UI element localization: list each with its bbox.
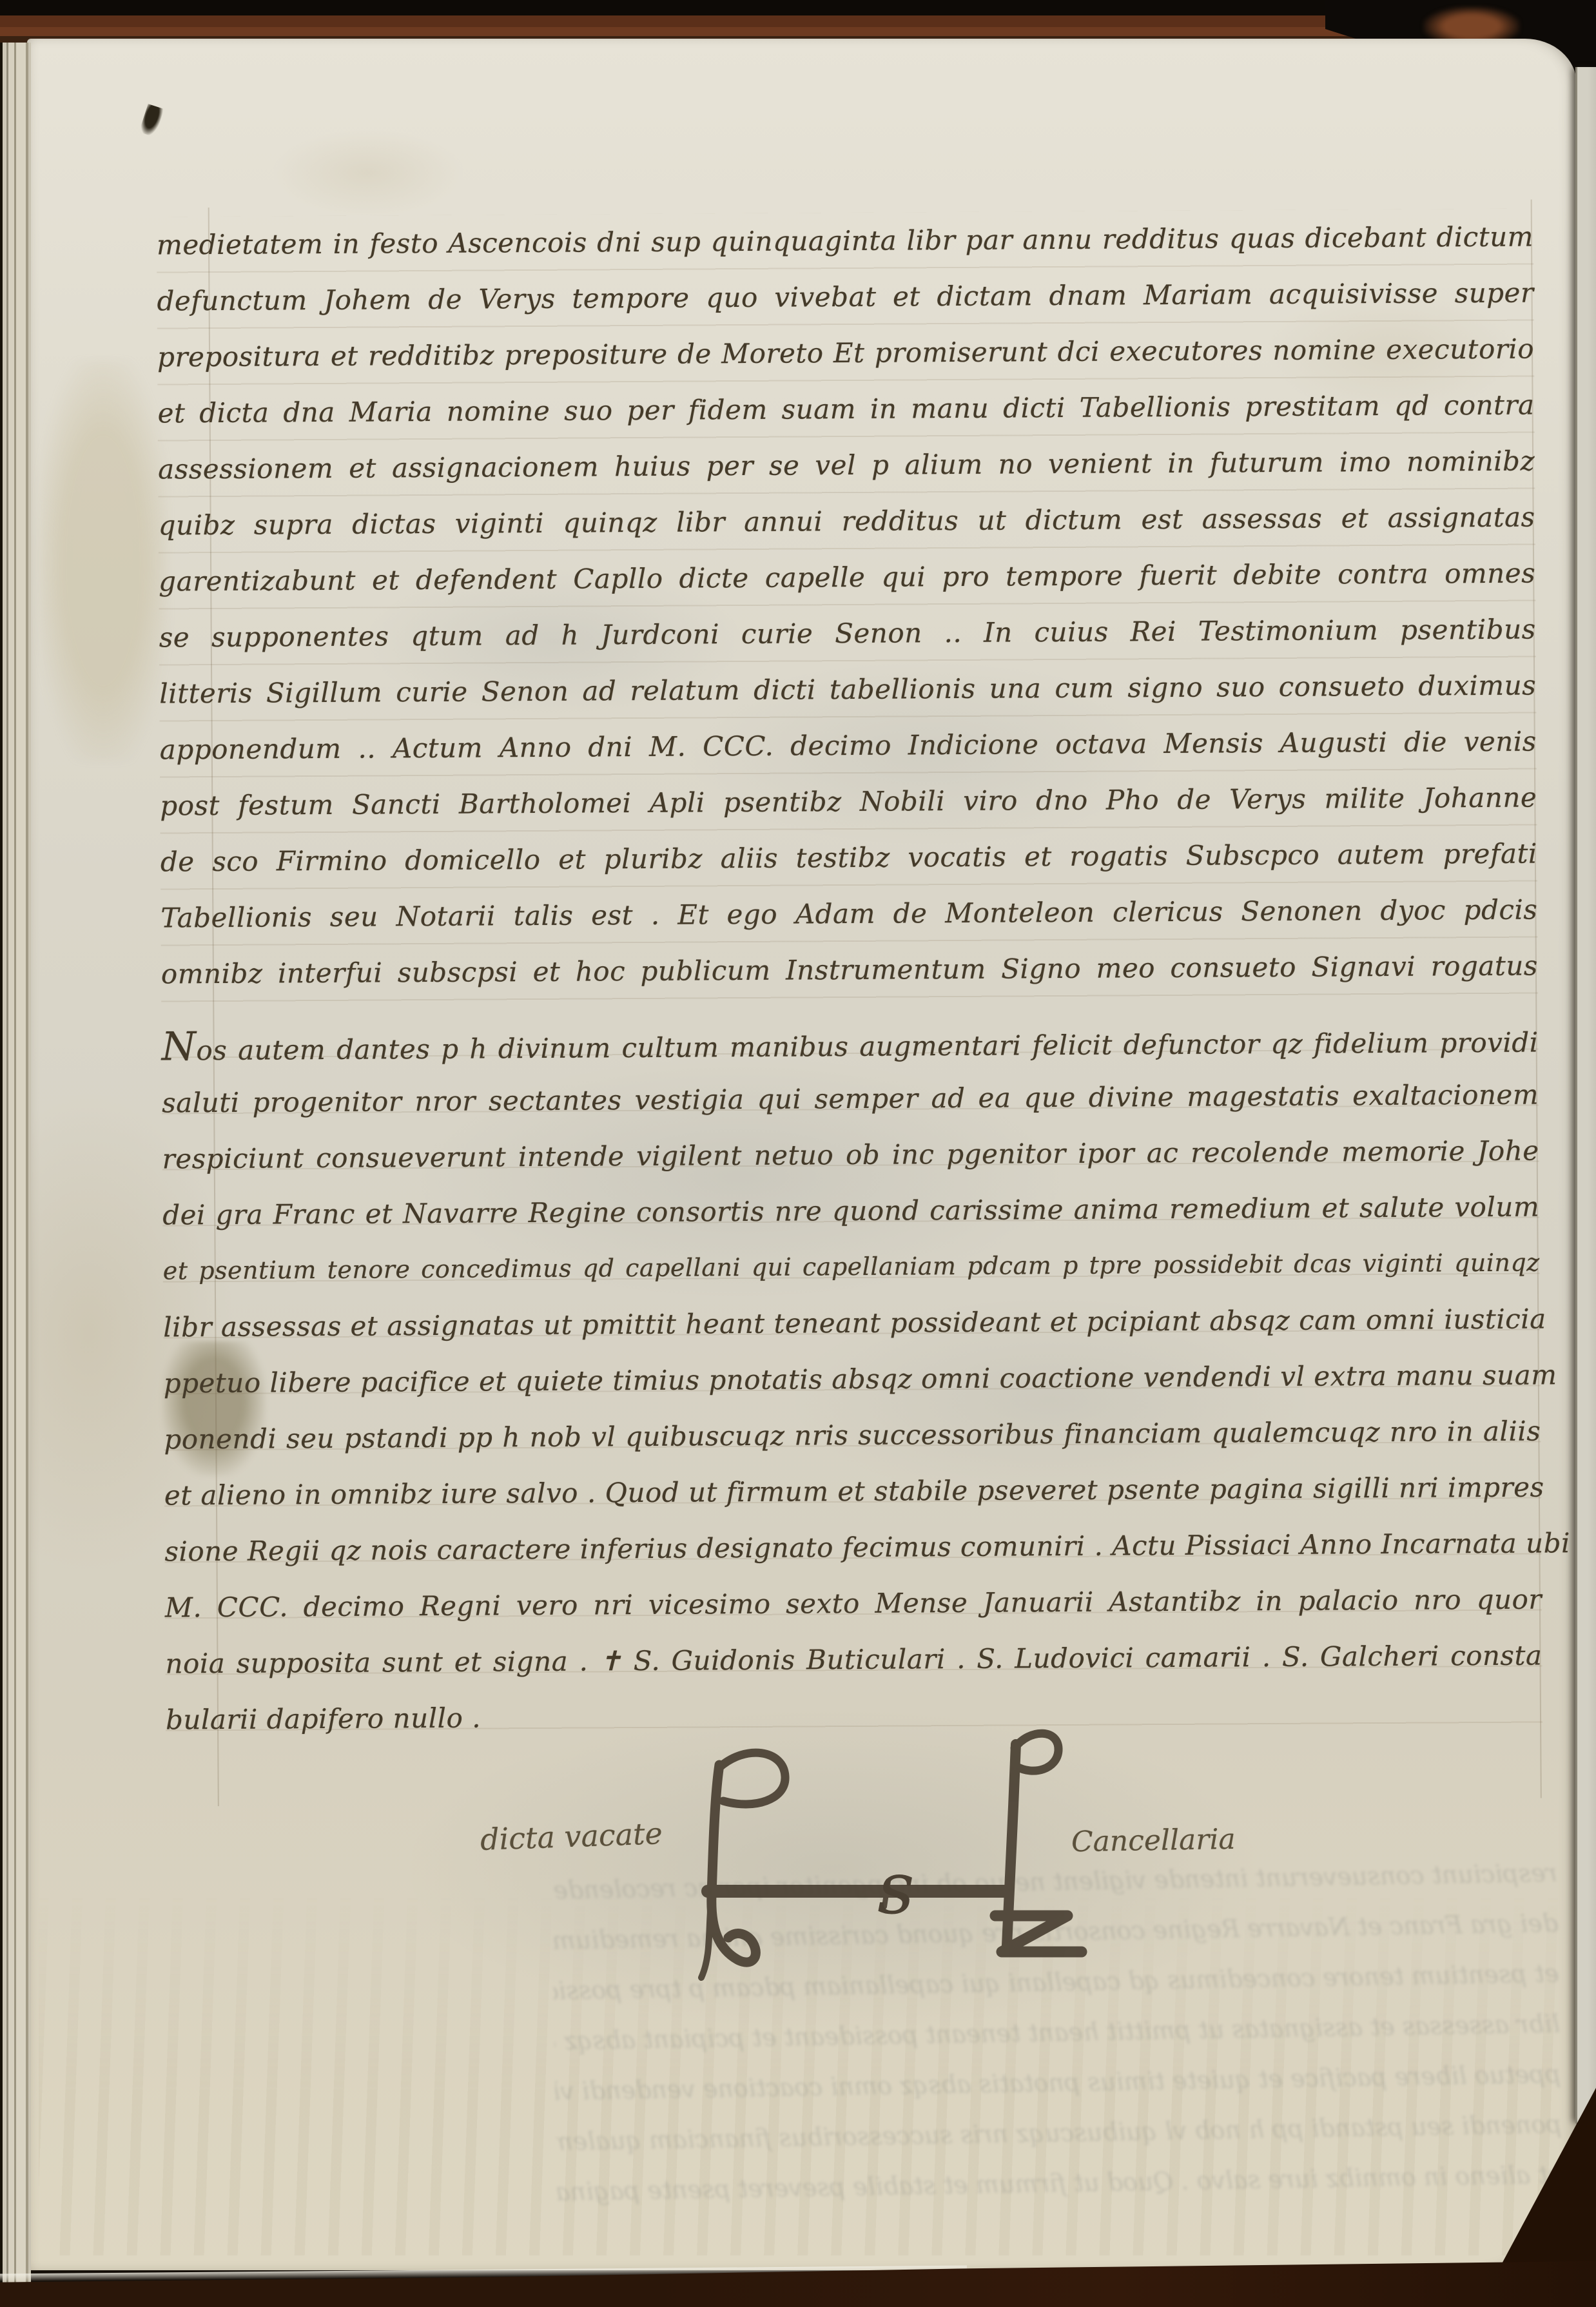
manuscript-text-block: medietatem in festo Ascencois dni sup qu…	[157, 208, 1542, 1747]
manuscript-photo: { "document": { "lines": [ "medietatem i…	[0, 0, 1596, 2307]
manuscript-line: ppetuo libere pacifice et quiete timius …	[164, 1347, 1541, 1411]
manuscript-line: medietatem in festo Ascencois dni sup qu…	[157, 208, 1533, 273]
monogram-s-letter: s	[877, 1847, 914, 1931]
chancery-monogram: s	[669, 1722, 1095, 1985]
manuscript-line: apponendum .. Actum Anno dni M. CCC. dec…	[160, 713, 1537, 777]
manuscript-line: post festum Sancti Bartholomei Apli psen…	[160, 769, 1537, 833]
manuscript-line: assessionem et assignacionem huius per s…	[158, 433, 1535, 497]
manuscript-line: litteris Sigillum curie Senon ad relatum…	[159, 657, 1536, 721]
manuscript-line: respiciunt consueverunt intende vigilent…	[162, 1122, 1539, 1187]
manuscript-line: defunctum Johem de Verys tempore quo viv…	[157, 264, 1533, 329]
manuscript-line: se supponentes qtum ad h Jurdconi curie …	[159, 601, 1535, 665]
manuscript-line: sione Regii qz nois caractere inferius d…	[164, 1515, 1541, 1579]
manuscript-line: Tabellionis seu Notarii talis est . Et e…	[161, 881, 1537, 946]
manuscript-line: quibz supra dictas viginti quinqz libr a…	[158, 489, 1535, 553]
manuscript-line: libr assessas et assignatas ut pmittit h…	[163, 1290, 1540, 1355]
manuscript-line: M. CCC. decimo Regni vero nri vicesimo s…	[165, 1571, 1542, 1635]
manuscript-line: dei gra Franc et Navarre Regine consorti…	[162, 1178, 1539, 1243]
next-folio-edge	[1575, 67, 1596, 2123]
chancery-note-left: dicta vacate	[480, 1816, 663, 1857]
chancery-note-right: Cancellaria	[1071, 1823, 1236, 1858]
parchment-stain-left	[39, 361, 168, 761]
manuscript-line: noia supposita sunt et signa . ✝ S. Guid…	[165, 1627, 1542, 1691]
manuscript-line: omnibz interfui subscpsi et hoc publicum…	[161, 937, 1538, 1002]
manuscript-line: ponendi seu pstandi pp h nob vl quibuscu…	[164, 1403, 1541, 1467]
manuscript-line: garentizabunt et defendent Capllo dicte …	[159, 545, 1535, 609]
manuscript-line: et alieno in omnibz iure salvo . Quod ut…	[164, 1459, 1541, 1523]
manuscript-line: Nos autem dantes p h divinum cultum mani…	[161, 1010, 1538, 1075]
manuscript-line: de sco Firmino domicello et pluribz alii…	[161, 825, 1537, 890]
manuscript-line: prepositura et redditibz prepositure de …	[157, 320, 1534, 385]
manuscript-line: et dicta dna Maria nomine suo per fidem …	[157, 376, 1534, 441]
book-gutter-page-edges	[0, 43, 31, 2287]
manuscript-line: et psentium tenore concedimus qd capella…	[162, 1234, 1539, 1299]
manuscript-line: saluti progenitor nror sectantes vestigi…	[162, 1066, 1539, 1131]
